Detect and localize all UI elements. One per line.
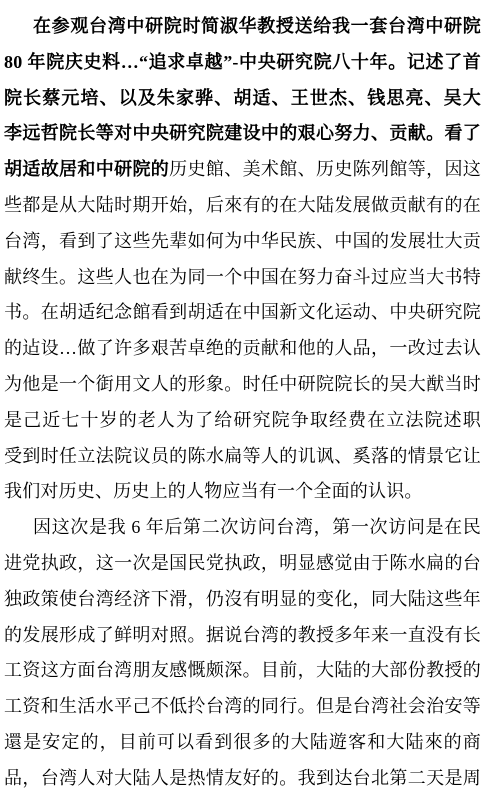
paragraph: 在参观台湾中研院时简淑华教授送给我一套台湾中研院80 年院庆史料…“追求卓越”-… — [4, 9, 481, 510]
text-segment: 是己近七十岁的老人为了给研究院争取经费在立法院述职 — [4, 410, 481, 430]
text-line: 进党执政，这一次是国民党执政，明显感觉由于陈水扁的台 — [4, 546, 481, 582]
text-segment: 台湾，看到了这些先辈如何为中华民族、中国的发展壮大贡 — [4, 231, 481, 251]
text-line: 在参观台湾中研院时简淑华教授送给我一套台湾中研院 — [4, 9, 481, 45]
text-segment: 为他是一个衘用文人的形象。时任中研院院长的吴大猷当时 — [4, 374, 481, 394]
text-segment: 工资和生活水平己不低扵台湾的同行。但是台湾社会治安等 — [4, 696, 481, 716]
text-line: 還是安定的，目前可以看到很多的大陆遊客和大陆來的商 — [4, 725, 481, 761]
text-segment: 工资这方面台湾朋友感慨颇深。目前，大陆的大部份教授的 — [4, 660, 481, 680]
text-line: 献终生。这些人也在为同一个中国在努力奋斗过应当大书特 — [4, 260, 481, 296]
text-line: 工资和生活水平己不低扵台湾的同行。但是台湾社会治安等 — [4, 689, 481, 725]
text-segment: 我们对历史、历史上的人物应当有一个全面的认识。 — [4, 481, 423, 501]
text-line: 80 年院庆史料…“追求卓越”-中央研究院八十年。记述了首任 — [4, 45, 481, 81]
text-line: 工资这方面台湾朋友感慨颇深。目前，大陆的大部份教授的 — [4, 653, 481, 689]
paragraph: 因这次是我 6 年后第二次访问台湾，第一次访问是在民进党执政，这一次是国民党执政… — [4, 510, 481, 796]
text-segment: 进党执政，这一次是国民党执政，明显感觉由于陈水扁的台 — [4, 553, 481, 573]
text-segment: 院长蔡元培、以及朱家骅、胡适、王世杰、钱思亮、吴大猷、 — [4, 88, 481, 117]
text-segment: 些都是从大陆时期开始，后來有的在大陆发展做贡献有的在 — [4, 195, 481, 215]
text-segment: 献终生。这些人也在为同一个中国在努力奋斗过应当大书特 — [4, 267, 481, 287]
text-line: 书。在胡适纪念館看到胡适在中国新文化运动、中央研究院 — [4, 295, 481, 331]
text-line: 为他是一个衘用文人的形象。时任中研院院长的吴大猷当时 — [4, 367, 481, 403]
text-segment: 书。在胡适纪念館看到胡适在中国新文化运动、中央研究院 — [4, 302, 481, 322]
text-line: 因这次是我 6 年后第二次访问台湾，第一次访问是在民 — [4, 510, 481, 546]
text-line: 的迠设…做了许多艰苦卓绝的贡献和他的人品，一改过去认 — [4, 331, 481, 367]
text-line: 李远哲院长等对中央研究院建设中的艰心努力、贡献。看了 — [4, 116, 481, 152]
text-segment: 历史館、美术館、历史陈列館等，因这 — [169, 159, 481, 179]
text-segment: 的发展形成了鲜明对照。据说台湾的教授多年来一直没有长 — [4, 625, 481, 645]
text-line: 我们对历史、历史上的人物应当有一个全面的认识。 — [4, 474, 481, 510]
text-segment: 品，台湾人对大陆人是热情友好的。我到达台北第二天是周 — [4, 768, 481, 788]
text-segment: 還是安定的，目前可以看到很多的大陆遊客和大陆來的商 — [4, 732, 481, 752]
text-line: 是己近七十岁的老人为了给研究院争取经费在立法院述职 — [4, 403, 481, 439]
document-page: 在参观台湾中研院时简淑华教授送给我一套台湾中研院80 年院庆史料…“追求卓越”-… — [0, 0, 485, 800]
text-segment: 80 年院庆史料…“追求卓越”-中央研究院八十年。记述了首任 — [4, 52, 481, 81]
text-segment: 在参观台湾中研院时简淑华教授送给我一套台湾中研院 — [33, 16, 481, 36]
text-line: 品，台湾人对大陆人是热情友好的。我到达台北第二天是周 — [4, 761, 481, 797]
text-line: 些都是从大陆时期开始，后來有的在大陆发展做贡献有的在 — [4, 188, 481, 224]
text-line: 胡适故居和中研院的历史館、美术館、历史陈列館等，因这 — [4, 152, 481, 188]
text-body: 在参观台湾中研院时简淑华教授送给我一套台湾中研院80 年院庆史料…“追求卓越”-… — [4, 9, 481, 797]
text-line: 院长蔡元培、以及朱家骅、胡适、王世杰、钱思亮、吴大猷、 — [4, 81, 481, 117]
text-segment: 独政策使台湾经济下滑，仍沒有明显的变化，同大陆这些年 — [4, 589, 481, 609]
text-segment: 的迠设…做了许多艰苦卓绝的贡献和他的人品，一改过去认 — [4, 338, 481, 358]
text-segment: 受到时任立法院议员的陈水扁等人的讥讽、奚落的情景它让 — [4, 446, 481, 466]
text-segment: 因这次是我 6 年后第二次访问台湾，第一次访问是在民 — [33, 517, 481, 537]
text-line: 台湾，看到了这些先辈如何为中华民族、中国的发展壮大贡 — [4, 224, 481, 260]
text-segment: 李远哲院长等对中央研究院建设中的艰心努力、贡献。看了 — [4, 123, 481, 143]
text-line: 受到时任立法院议员的陈水扁等人的讥讽、奚落的情景它让 — [4, 439, 481, 475]
text-line: 的发展形成了鲜明对照。据说台湾的教授多年来一直没有长 — [4, 618, 481, 654]
text-segment: 胡适故居和中研院的 — [4, 159, 169, 179]
text-line: 独政策使台湾经济下滑，仍沒有明显的变化，同大陆这些年 — [4, 582, 481, 618]
